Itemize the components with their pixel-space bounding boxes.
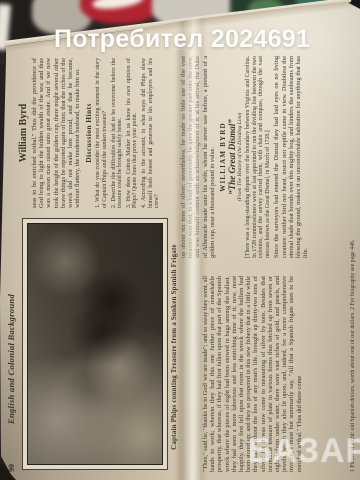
intro-paragraph: seas to be enriched withal." Thus did th… [31, 58, 81, 208]
upper-right-column: William Byrd seas to be enriched withal.… [18, 58, 163, 208]
discussion-hints-list: 1. What do you consider the most excitin… [95, 58, 160, 208]
byrd-source-line: (From The History of the Dividing Line) [237, 56, 243, 258]
discussion-hint-item: 1. What do you consider the most excitin… [95, 58, 108, 208]
bazar-watermark: БАЗАР [248, 432, 360, 471]
footnote-line: 1 Pieces of eight: old Spanish dollars, … [350, 56, 358, 472]
byrd-author-heading: WILLIAM BYRD [219, 56, 227, 258]
discussion-hint-item: 2. Describe the difficulties that had to… [111, 58, 124, 208]
byrd-selection-title: “The Great Dismal” [227, 56, 237, 258]
gutter-shadow [176, 0, 208, 480]
byrd-body-text: Since the surveyors had entered the Dism… [273, 56, 309, 258]
book-page-photo: 90 English and Colonial Background Capta… [0, 0, 360, 480]
discussion-hint-item: 3. How does Cotton Mather let us know hi… [126, 58, 139, 208]
phips-illustration-picture [27, 223, 163, 465]
listing-photo[interactable]: 90 English and Colonial Background Capta… [0, 0, 360, 480]
discussion-hints-heading: Discussion Hints [84, 58, 93, 208]
phips-illustration [22, 218, 168, 470]
page-number: 90 [7, 464, 16, 472]
section-heading: William Byrd [18, 58, 29, 208]
running-head: English and Colonial Background [6, 294, 16, 424]
byrd-editor-intro: [There was a long-standing dispute over … [245, 56, 271, 258]
user-label-overlay: Потребител 2024691 [54, 25, 354, 54]
discussion-hint-item: 4. According to the account, in what way… [141, 58, 161, 208]
